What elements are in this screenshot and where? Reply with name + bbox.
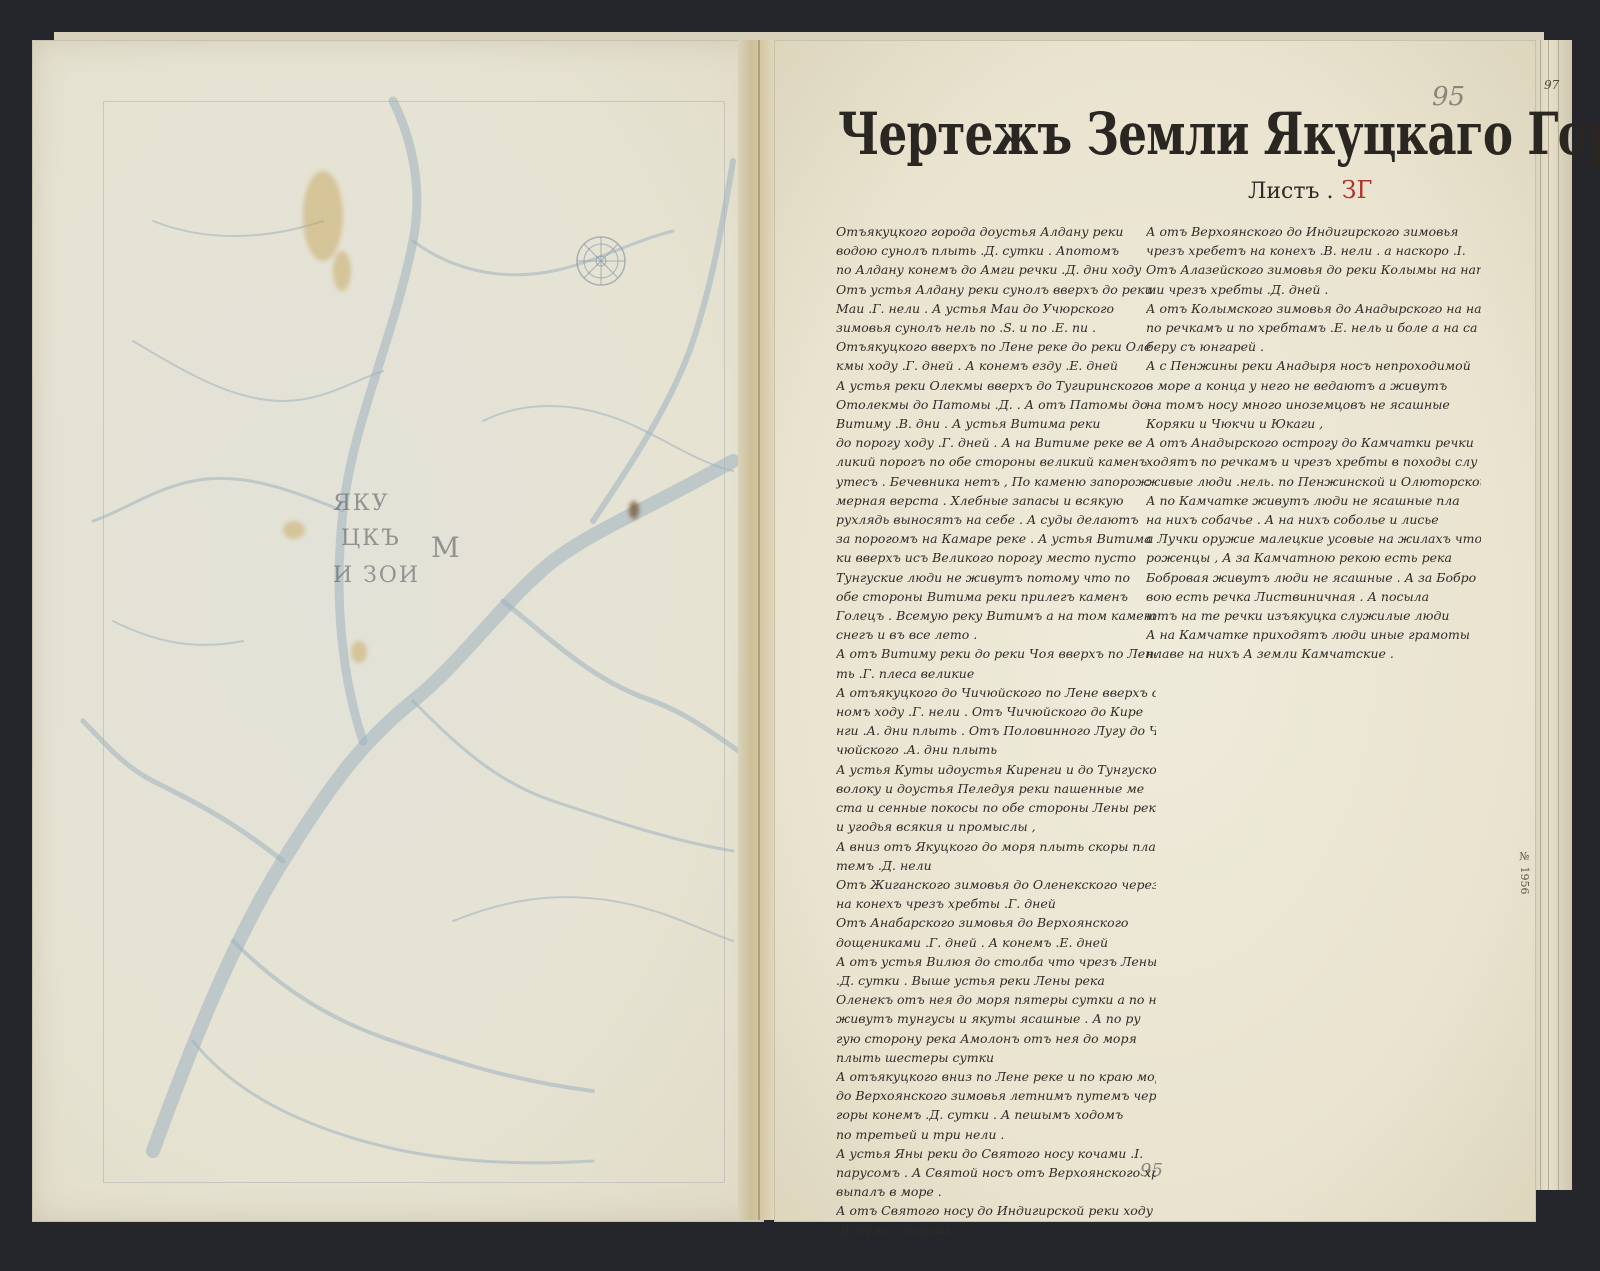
text-line: А на Камчатке приходятъ люди иные грамот… xyxy=(1146,625,1481,644)
text-line: А устья Куты идоустья Киренги и до Тунгу… xyxy=(836,760,1156,779)
text-line: в море а конца у него не ведаютъ а живут… xyxy=(1146,376,1481,395)
text-line: нги .А. дни плыть . Отъ Половинного Лугу… xyxy=(836,721,1156,740)
text-line: А отъ Колымского зимовья до Анадырского … xyxy=(1146,299,1481,318)
text-line: кмы ходу .Г. дней . А конемъ ездy .Е. дн… xyxy=(836,356,1156,375)
text-line: вою есть речка Листвиничная . А посыла xyxy=(1146,587,1481,606)
map-label-city-2: ЦКЪ xyxy=(341,526,401,551)
margin-note: № 1956 xyxy=(1518,850,1531,895)
river-map: · · · · xyxy=(33,41,763,1221)
text-line: А отъ Верхоянского до Индигирского зимов… xyxy=(1146,222,1481,241)
text-line: ми чрезъ хребты .Д. дней . xyxy=(1146,280,1481,299)
text-line: номъ ходу .Г. нели . Отъ Чичюйского до К… xyxy=(836,702,1156,721)
text-line: мерная верста . Хлебные запасы и всякую xyxy=(836,491,1156,510)
text-line: Тунгуские люди не живутъ потому что по xyxy=(836,568,1156,587)
text-line: по речкамъ и по хребтамъ .Е. нель и боле… xyxy=(1146,318,1481,337)
sheet-label-text: Листъ xyxy=(1248,179,1320,204)
text-line: волоку и доустья Пеледуя реки пашенные м… xyxy=(836,779,1156,798)
text-line: Отъ Алазейского зимовья до реки Колымы н… xyxy=(1146,260,1481,279)
text-line: на нихъ собачье . А на нихъ соболье и ли… xyxy=(1146,510,1481,529)
text-line: до порогу ходу .Г. дней . А на Витиме ре… xyxy=(836,433,1156,452)
left-page-map: · · · · ЯКУ ЦКЪ И ЗОИ М xyxy=(32,40,764,1222)
text-line: ста и сенные покосы по обе стороны Лены … xyxy=(836,798,1156,817)
text-line: Коряки и Чюкчи и Юкаги , xyxy=(1146,414,1481,433)
text-line: Отъ Анабарского зимовья до Верхоянского xyxy=(836,913,1156,932)
text-line: А по Камчатке живутъ люди не ясашные пла xyxy=(1146,491,1481,510)
text-line: по Алдану конемъ до Амги речки .Д. дни х… xyxy=(836,260,1156,279)
text-line: утесъ . Бечевника нетъ , По каменю запор… xyxy=(836,472,1156,491)
text-line: А отъякуцкого вниз по Лене реке и по кра… xyxy=(836,1067,1156,1086)
text-line: роженцы , А за Камчатною рекою есть река xyxy=(1146,548,1481,567)
map-label-city-3: И ЗОИ xyxy=(333,563,420,588)
text-line: А вниз отъ Якуцкого до моря плыть скоры … xyxy=(836,837,1156,856)
svg-text:· · · ·: · · · · xyxy=(133,194,153,204)
text-line: ютъ на те речки изъякуцка служилые люди xyxy=(1146,606,1481,625)
text-line: чюйского .А. дни плыть xyxy=(836,740,1156,759)
text-line: беру съ юнгарей . xyxy=(1146,337,1481,356)
text-line: и угодья всякия и промыслы , xyxy=(836,817,1156,836)
text-line: ть .Г. плеса великие xyxy=(836,664,1156,683)
text-column-left: Отъякуцкого города доустья Алдану рекиво… xyxy=(836,222,1156,1240)
sheet-label: Листъ .ЗГ xyxy=(1248,176,1372,204)
text-line: ликий порогъ по обе стороны великий каме… xyxy=(836,452,1156,471)
text-line: снегъ и въ все лето . xyxy=(836,625,1156,644)
text-line: плаве на нихъ А земли Камчатские . xyxy=(1146,644,1481,663)
text-line: до Верхоянского зимовья летнимъ путемъ ч… xyxy=(836,1086,1156,1105)
text-line: А отъякуцкого до Чичюйского по Лене ввер… xyxy=(836,683,1156,702)
text-line: ходятъ по речкамъ и чрезъ хребты в поход… xyxy=(1146,452,1481,471)
map-label-letter: М xyxy=(431,531,462,564)
text-line: а Лучки оружие малецкие усовые на жилахъ… xyxy=(1146,529,1481,548)
text-line: Отъякуцкого города доустья Алдану реки xyxy=(836,222,1156,241)
text-line: А устья Яны реки до Святого носу кочами … xyxy=(836,1144,1156,1163)
text-line: темъ .Д. нели xyxy=(836,856,1156,875)
text-line: А отъ Анадырского острогу до Камчатки ре… xyxy=(1146,433,1481,452)
text-line: Голецъ . Всемую реку Витимъ а на том кам… xyxy=(836,606,1156,625)
sheet-number: ЗГ xyxy=(1342,176,1373,204)
text-line: А с Пенжины реки Анадыря носъ непроходим… xyxy=(1146,356,1481,375)
text-line: горы конемъ .Д. сутки . А пешымъ ходомъ xyxy=(836,1105,1156,1124)
text-line: обе стороны Витима реки прилегъ каменъ xyxy=(836,587,1156,606)
text-line: .В. нели . моремъ . xyxy=(836,1221,1156,1240)
text-line: на конехъ чрезъ хребты .Г. дней xyxy=(836,894,1156,913)
text-line: за порогомъ на Камаре реке . А устья Вит… xyxy=(836,529,1156,548)
text-line: А отъ Витиму реки до реки Чоя вверхъ по … xyxy=(836,644,1156,663)
text-line: Оленекъ отъ нея до моря пятеры сутки а п… xyxy=(836,990,1156,1009)
text-line: ки вверхъ исъ Великого порогу место пуст… xyxy=(836,548,1156,567)
text-line: А устья реки Олекмы вверхъ до Тугиринско… xyxy=(836,376,1156,395)
text-line: .Д. сутки . Выше устья реки Лены река xyxy=(836,971,1156,990)
folio-number-top: 95 xyxy=(1432,82,1465,112)
text-line: дощениками .Г. дней . А конемъ .Е. дней xyxy=(836,933,1156,952)
text-line: водою сунолъ плыть .Д. сутки . Апотомъ xyxy=(836,241,1156,260)
text-line: Отъ Жиганского зимовья до Оленекского че… xyxy=(836,875,1156,894)
text-line: парусомъ . А Святой носъ отъ Верхоянског… xyxy=(836,1163,1156,1182)
text-line: Витиму .В. дни . А устья Витима реки xyxy=(836,414,1156,433)
text-line: по третьей и три нели . xyxy=(836,1125,1156,1144)
text-column-right: А отъ Верхоянского до Индигирского зимов… xyxy=(1146,222,1481,664)
text-line: зимовья сунолъ нель по .S. и по .Е. пи . xyxy=(836,318,1156,337)
text-line: Маи .Г. нели . А устья Маи до Учюрского xyxy=(836,299,1156,318)
text-line: живые люди .нель. по Пенжинской и Олютор… xyxy=(1146,472,1481,491)
folio-number-corner: 97 xyxy=(1544,78,1559,92)
text-line: гую сторону река Амолонъ отъ нея до моря xyxy=(836,1029,1156,1048)
map-label-city: ЯКУ xyxy=(333,491,390,516)
text-line: на томъ носу много иноземцовъ не ясашные xyxy=(1146,395,1481,414)
text-line: выпалъ в море . xyxy=(836,1182,1156,1201)
text-line: А отъ Святого носу до Индигирской реки х… xyxy=(836,1201,1156,1220)
text-line: Отолекмы до Патомы .Д. . А отъ Патомы до xyxy=(836,395,1156,414)
page-title: Чертежъ Земли Якуцкаго Города xyxy=(838,100,1600,168)
text-line: чрезъ хребетъ на конехъ .В. нели . а нас… xyxy=(1146,241,1481,260)
text-line: А отъ устья Вилюя до столба что чрезъ Ле… xyxy=(836,952,1156,971)
page-edges-right xyxy=(1533,40,1572,1190)
text-line: плыть шестеры сутки xyxy=(836,1048,1156,1067)
text-line: Отъякуцкого вверхъ по Лене реке до реки … xyxy=(836,337,1156,356)
text-line: Бобровая живутъ люди не ясашные . А за Б… xyxy=(1146,568,1481,587)
text-line: живутъ тунгусы и якуты ясашные . А по ру xyxy=(836,1009,1156,1028)
text-line: рухлядь выносятъ на себе . А суды делают… xyxy=(836,510,1156,529)
text-line: Отъ устья Алдану реки сунолъ вверхъ до р… xyxy=(836,280,1156,299)
compass-rose-icon xyxy=(577,237,625,285)
